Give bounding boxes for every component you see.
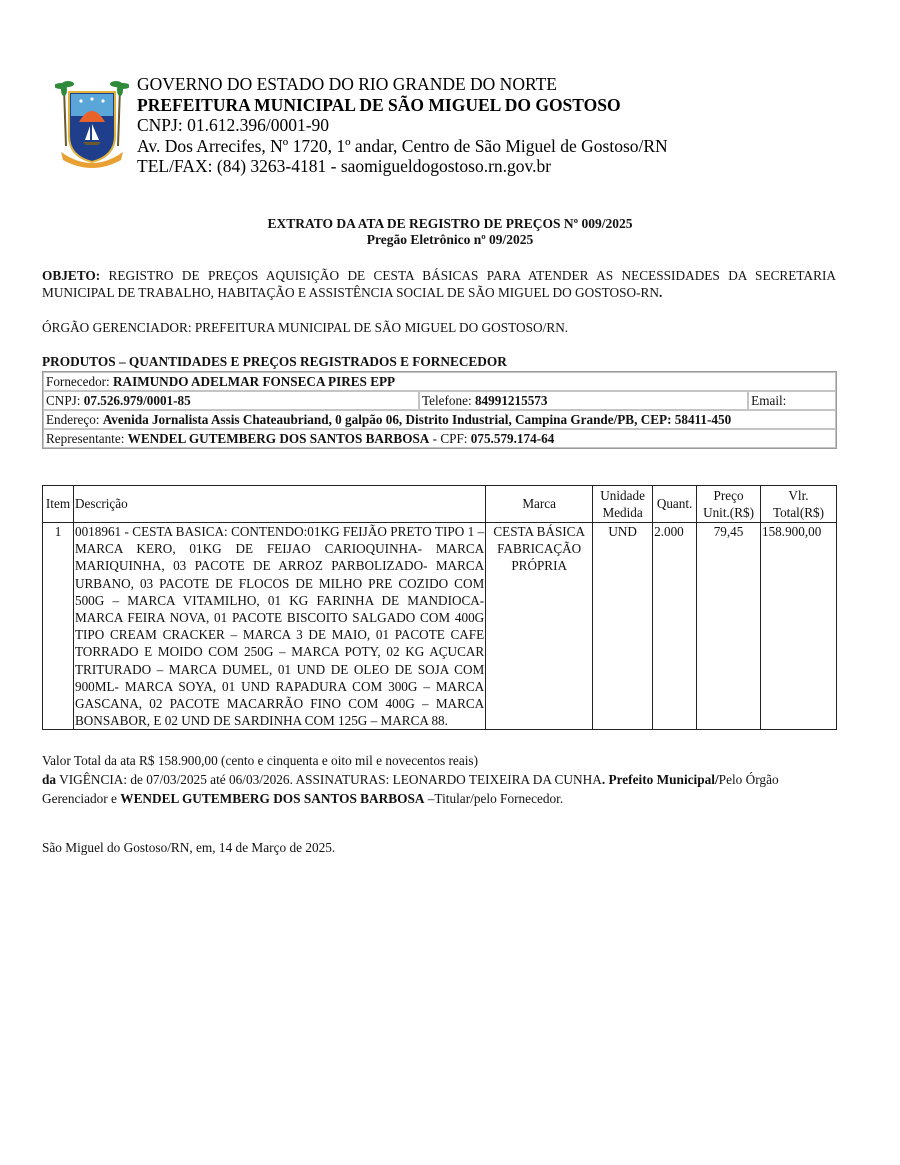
representante-label: Representante: — [46, 431, 128, 446]
col-descricao: Descrição — [73, 486, 485, 523]
col-item: Item — [43, 486, 74, 523]
cell-preco-unit: 79,45 — [697, 523, 761, 730]
municipal-coat-of-arms-logo — [55, 76, 129, 170]
municipality-name: PREFEITURA MUNICIPAL DE SÃO MIGUEL DO GO… — [137, 95, 668, 116]
objeto-end: . — [659, 285, 662, 300]
supplier-row-endereco: Endereço: Avenida Jornalista Assis Chate… — [43, 410, 836, 429]
cargo-text: . Prefeito Municipal/ — [602, 772, 719, 787]
municipality-contact: TEL/FAX: (84) 3263-4181 - saomigueldogos… — [137, 156, 668, 177]
col-quant: Quant. — [653, 486, 697, 523]
col-preco-l2: Unit.(R$) — [703, 505, 754, 520]
supplier-row-contacts: CNPJ: 07.526.979/0001-85 Telefone: 84991… — [43, 391, 836, 410]
cnpj-label: CNPJ: — [46, 393, 84, 408]
col-preco-l1: Preço — [714, 488, 744, 503]
cnpj-value: 07.526.979/0001-85 — [84, 393, 191, 408]
col-preco: PreçoUnit.(R$) — [697, 486, 761, 523]
products-table: Item Descrição Marca UnidadeMedida Quant… — [42, 485, 837, 730]
cpf-label: - CPF: — [429, 431, 470, 446]
signatario-name: WENDEL GUTEMBERG DOS SANTOS BARBOSA — [120, 791, 424, 806]
col-unidade-l2: Medida — [602, 505, 642, 520]
col-unidade: UnidadeMedida — [593, 486, 653, 523]
footer-block: Valor Total da ata R$ 158.900,00 (cento … — [42, 751, 842, 808]
ata-title: EXTRATO DA ATA DE REGISTRO DE PREÇOS Nº … — [0, 216, 900, 232]
representante-value: WENDEL GUTEMBERG DOS SANTOS BARBOSA — [128, 431, 430, 446]
orgao-gerenciador: ÓRGÃO GERENCIADOR: PREFEITURA MUNICIPAL … — [42, 319, 836, 336]
titular-text: –Titular/pelo Fornecedor. — [424, 791, 563, 806]
cell-marca: CESTA BÁSICA FABRICAÇÃO PRÓPRIA — [486, 523, 593, 730]
cell-quant: 2.000 — [653, 523, 697, 730]
pregao-subtitle: Pregão Eletrônico nº 09/2025 — [0, 232, 900, 248]
cell-valor-total: 158.900,00 — [760, 523, 836, 730]
vigencia-text: VIGÊNCIA: de 07/03/2025 até 06/03/2026. … — [56, 772, 602, 787]
col-unidade-l1: Unidade — [600, 488, 645, 503]
telefone-label: Telefone: — [422, 393, 475, 408]
col-total-l2: Total(R$) — [773, 505, 824, 520]
email-label: Email: — [751, 393, 786, 408]
document-title: EXTRATO DA ATA DE REGISTRO DE PREÇOS Nº … — [0, 216, 900, 248]
col-marca: Marca — [486, 486, 593, 523]
products-header-row: Item Descrição Marca UnidadeMedida Quant… — [43, 486, 837, 523]
cpf-value: 075.579.174-64 — [471, 431, 555, 446]
col-total: Vlr.Total(R$) — [760, 486, 836, 523]
city-date: São Miguel do Gostoso/RN, em, 14 de Març… — [42, 840, 335, 856]
fornecedor-value: RAIMUNDO ADELMAR FONSECA PIRES EPP — [113, 374, 395, 389]
table-row: 1 0018961 - CESTA BASICA: CONTENDO:01KG … — [43, 523, 837, 730]
da-word: da — [42, 772, 56, 787]
objeto-paragraph: OBJETO: REGISTRO DE PREÇOS AQUISIÇÃO DE … — [42, 267, 836, 301]
objeto-label: OBJETO: — [42, 268, 100, 283]
supplier-row-fornecedor: Fornecedor: RAIMUNDO ADELMAR FONSECA PIR… — [43, 372, 836, 391]
valor-total-line: Valor Total da ata R$ 158.900,00 (cento … — [42, 751, 842, 770]
supplier-row-representante: Representante: WENDEL GUTEMBERG DOS SANT… — [43, 429, 836, 448]
municipality-cnpj: CNPJ: 01.612.396/0001-90 — [137, 115, 668, 136]
supplier-table: Fornecedor: RAIMUNDO ADELMAR FONSECA PIR… — [42, 371, 837, 449]
cell-descricao: 0018961 - CESTA BASICA: CONTENDO:01KG FE… — [73, 523, 485, 730]
state-government-line: GOVERNO DO ESTADO DO RIO GRANDE DO NORTE — [137, 74, 668, 95]
endereco-label: Endereço: — [46, 412, 103, 427]
vigencia-assinaturas: da VIGÊNCIA: de 07/03/2025 até 06/03/202… — [42, 770, 842, 808]
col-total-l1: Vlr. — [788, 488, 808, 503]
objeto-text: REGISTRO DE PREÇOS AQUISIÇÃO DE CESTA BÁ… — [42, 268, 836, 300]
fornecedor-label: Fornecedor: — [46, 374, 113, 389]
endereco-value: Avenida Jornalista Assis Chateaubriand, … — [103, 412, 731, 427]
cell-unidade: UND — [593, 523, 653, 730]
cell-item: 1 — [43, 523, 74, 730]
municipality-address: Av. Dos Arrecifes, Nº 1720, 1º andar, Ce… — [137, 136, 668, 157]
telefone-value: 84991215573 — [475, 393, 548, 408]
produtos-heading: PRODUTOS – QUANTIDADES E PREÇOS REGISTRA… — [42, 353, 836, 370]
letterhead: GOVERNO DO ESTADO DO RIO GRANDE DO NORTE… — [137, 74, 668, 177]
